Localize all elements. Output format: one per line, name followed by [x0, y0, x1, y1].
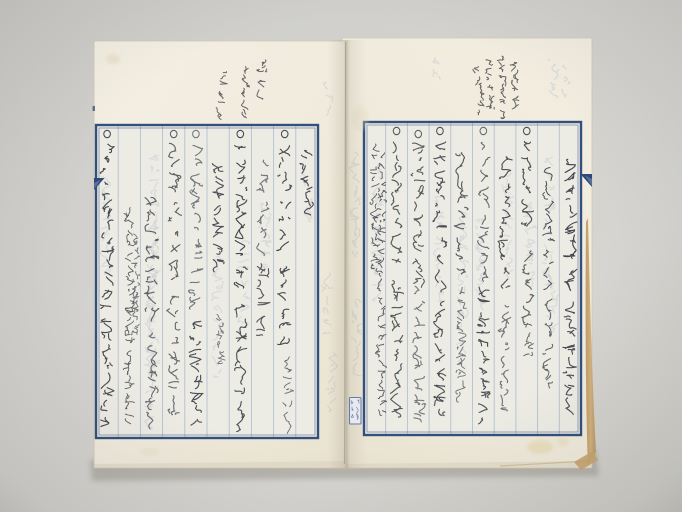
- right-page: [342, 38, 592, 468]
- collector-seal-stamp: [350, 398, 362, 425]
- manuscript-scene: [0, 0, 682, 512]
- left-page: [94, 41, 346, 468]
- photograph: [0, 0, 682, 512]
- edge-speck: [93, 106, 95, 111]
